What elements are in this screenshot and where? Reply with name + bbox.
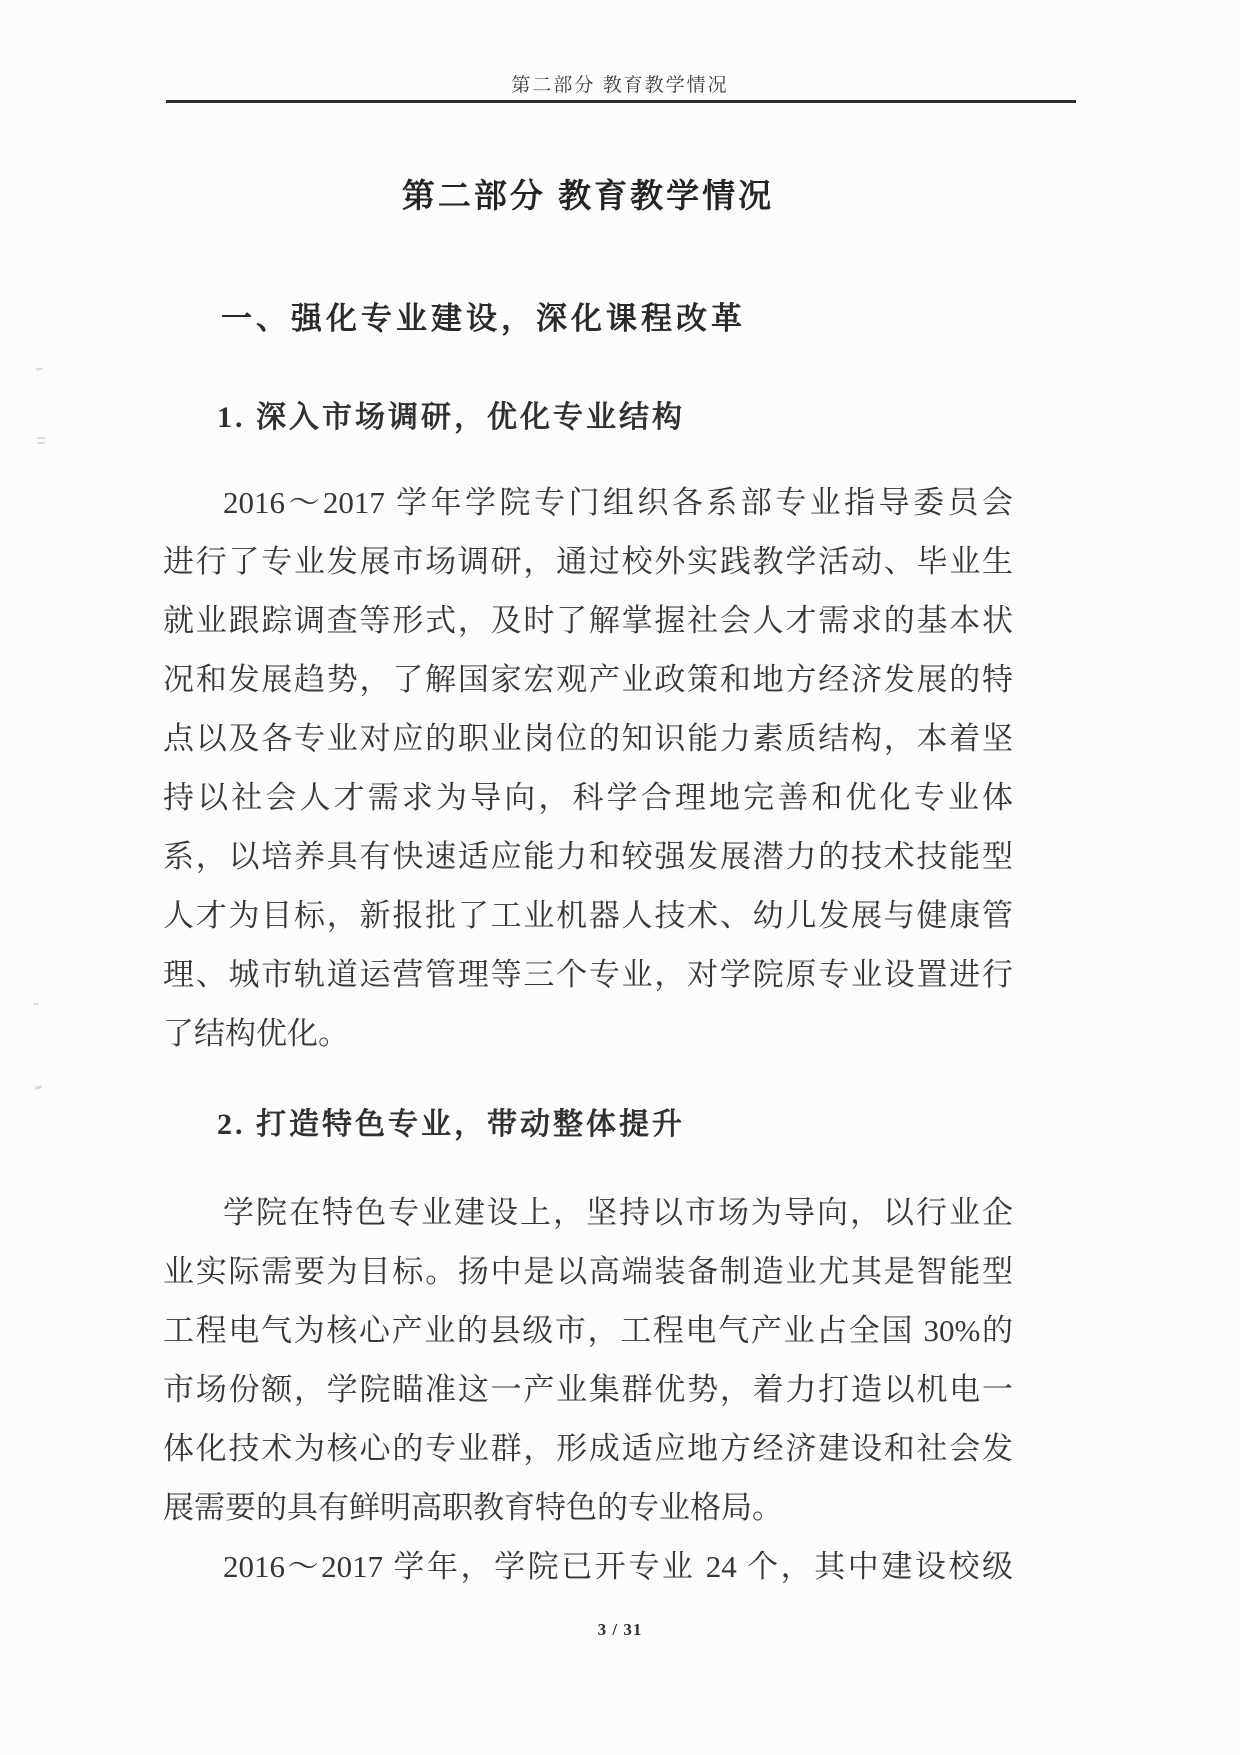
text-line: 工程电气为核心产业的县级市，工程电气产业占全国 30%的 [163, 1301, 1013, 1360]
text-line: 2016～2017 学年，学院已开专业 24 个，其中建设校级 [163, 1537, 1013, 1596]
scan-artifact [37, 437, 45, 439]
scan-artifact [36, 368, 43, 371]
text-line: 就业跟踪调查等形式，及时了解掌握社会人才需求的基本状 [163, 591, 1013, 650]
text-line: 市场份额，学院瞄准这一产业集群优势，着力打造以机电一 [163, 1360, 1013, 1419]
header-rule [166, 100, 1076, 103]
text-line: 学院在特色专业建设上，坚持以市场为导向，以行业企 [163, 1183, 1013, 1242]
running-header: 第二部分 教育教学情况 [0, 70, 1240, 97]
text-line: 理、城市轨道运营管理等三个专业，对学院原专业设置进行 [163, 945, 1013, 1004]
paragraph-featured-majors: 学院在特色专业建设上，坚持以市场为导向，以行业企业实际需要为目标。扬中是以高端装… [163, 1183, 1013, 1537]
text-line: 系，以培养具有快速适应能力和较强发展潜力的技术技能型 [163, 827, 1013, 886]
subsection-heading-1: 1. 深入市场调研，优化专业结构 [163, 392, 1013, 436]
text-line: 况和发展趋势，了解国家宏观产业政策和地方经济发展的特 [163, 650, 1013, 709]
text-line: 展需要的具有鲜明高职教育特色的专业格局。 [163, 1478, 1013, 1537]
text-line: 进行了专业发展市场调研，通过校外实践教学活动、毕业生 [163, 532, 1013, 591]
paragraph-majors-count: 2016～2017 学年，学院已开专业 24 个，其中建设校级 [163, 1537, 1013, 1596]
text-line: 点以及各专业对应的职业岗位的知识能力素质结构，本着坚 [163, 709, 1013, 768]
text-line: 体化技术为核心的专业群，形成适应地方经济建设和社会发 [163, 1419, 1013, 1478]
text-line: 2016～2017 学年学院专门组织各系部专业指导委员会 [163, 473, 1013, 532]
scan-artifact [35, 1085, 43, 1090]
page-number: 3 / 31 [0, 1620, 1240, 1640]
section-heading-1: 一、强化专业建设，深化课程改革 [163, 293, 1013, 338]
scan-artifact [33, 1003, 39, 1006]
text-line: 业实际需要为目标。扬中是以高端装备制造业尤其是智能型 [163, 1242, 1013, 1301]
scanned-document-page: 第二部分 教育教学情况 第二部分 教育教学情况 一、强化专业建设，深化课程改革 … [0, 0, 1240, 1755]
text-line: 人才为目标，新报批了工业机器人技术、幼儿发展与健康管 [163, 886, 1013, 945]
subsection-heading-2: 2. 打造特色专业，带动整体提升 [163, 1099, 1013, 1143]
paragraph-market-research: 2016～2017 学年学院专门组织各系部专业指导委员会进行了专业发展市场调研，… [163, 473, 1013, 1063]
text-line: 了结构优化。 [163, 1004, 1013, 1063]
document-title: 第二部分 教育教学情况 [163, 170, 1013, 217]
text-line: 持以社会人才需求为导向，科学合理地完善和优化专业体 [163, 768, 1013, 827]
